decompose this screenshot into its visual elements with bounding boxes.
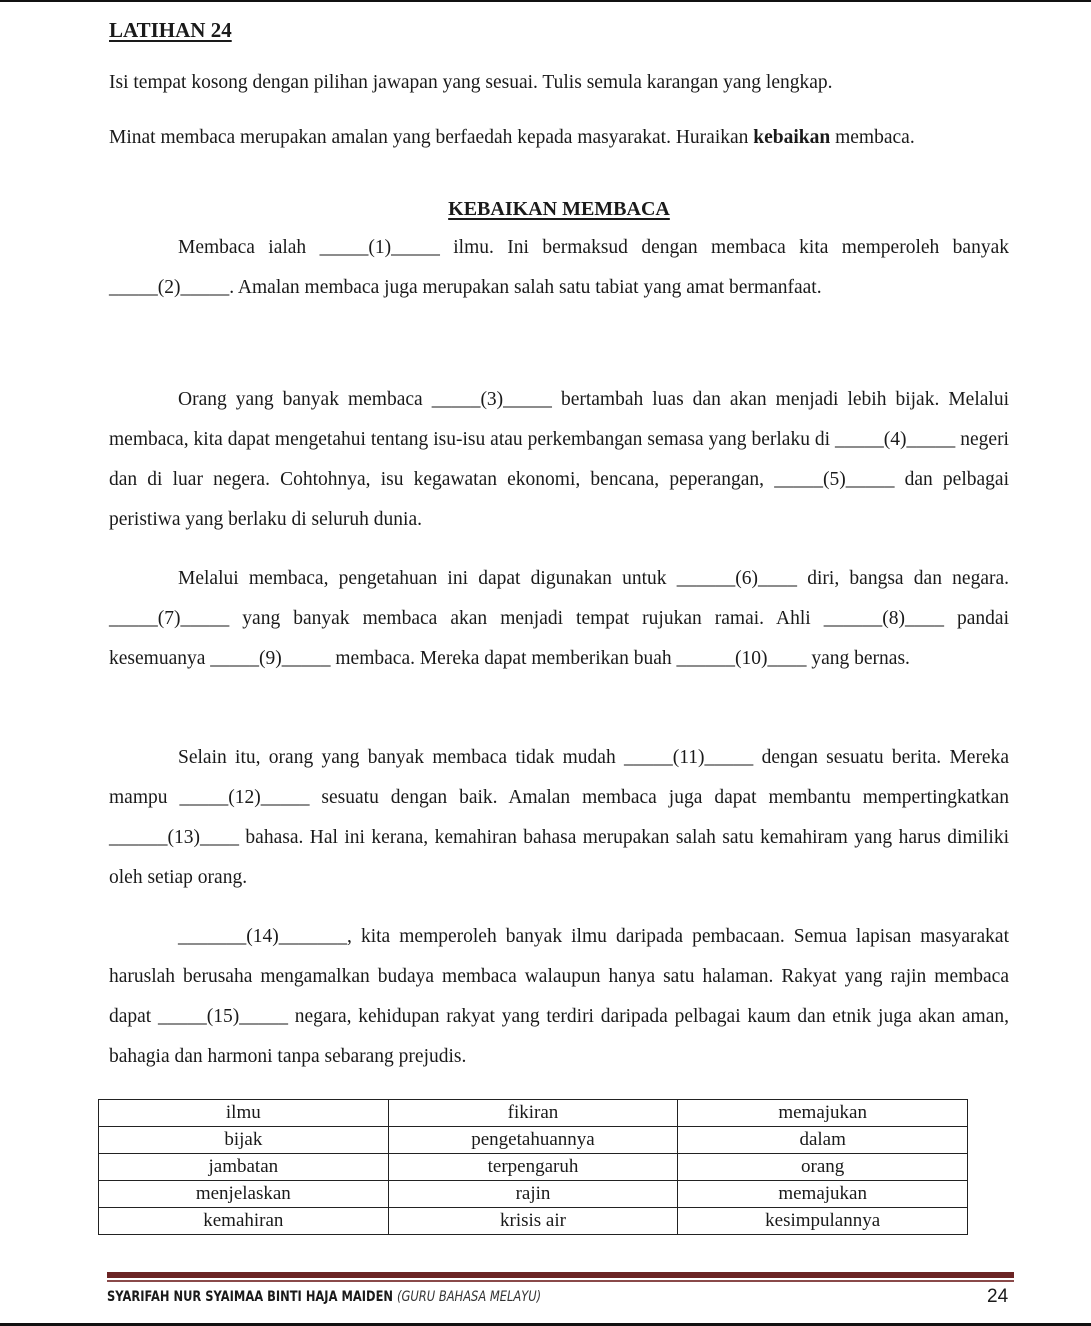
essay-prompt: Minat membaca merupakan amalan yang berf… <box>109 118 1009 157</box>
exercise-title: LATIHAN 24 <box>109 18 232 43</box>
answer-blank: _____(5)_____ <box>774 469 894 490</box>
word-bank-option: memajukan <box>678 1181 968 1208</box>
word-bank-option: ilmu <box>99 1100 389 1127</box>
prompt-bold-keyword: kebaikan <box>753 127 830 148</box>
author-role: (GURU BAHASA MELAYU) <box>397 1289 541 1305</box>
word-bank-option: pengetahuannya <box>388 1127 678 1154</box>
word-bank-row: jambatanterpengaruhorang <box>99 1154 968 1181</box>
answer-blank: ______(6)____ <box>677 568 797 589</box>
word-bank-option: jambatan <box>99 1154 389 1181</box>
essay-paragraph-5: _______(14)_______, kita memperoleh bany… <box>109 917 1009 1077</box>
essay-paragraph-3: Melalui membaca, pengetahuan ini dapat d… <box>109 559 1009 679</box>
word-bank-row: menjelaskanrajinmemajukan <box>99 1181 968 1208</box>
word-bank-option: rajin <box>388 1181 678 1208</box>
answer-blank: ______(13)____ <box>109 827 239 848</box>
word-bank-option: kemahiran <box>99 1208 389 1235</box>
essay-paragraph-2: Orang yang banyak membaca _____(3)_____ … <box>109 380 1009 540</box>
answer-blank: _____(9)_____ <box>210 648 330 669</box>
answer-blank: _____(2)_____ <box>109 277 229 298</box>
answer-blank: _____(4)_____ <box>835 429 955 450</box>
word-bank-row: kemahirankrisis airkesimpulannya <box>99 1208 968 1235</box>
word-bank-option: orang <box>678 1154 968 1181</box>
author-name: SYARIFAH NUR SYAIMAA BINTI HAJA MAIDEN <box>107 1289 393 1305</box>
answer-blank: _____(15)_____ <box>158 1006 288 1027</box>
essay-title: KEBAIKAN MEMBACA <box>109 198 1009 221</box>
answer-blank: _____(12)_____ <box>179 787 309 808</box>
instruction-text: Isi tempat kosong dengan pilihan jawapan… <box>109 69 1009 97</box>
answer-blank: ______(8)____ <box>824 608 944 629</box>
answer-blank: _____(11)_____ <box>624 747 753 768</box>
word-bank-option: bijak <box>99 1127 389 1154</box>
page-number: 24 <box>987 1286 1008 1308</box>
word-bank-option: kesimpulannya <box>678 1208 968 1235</box>
word-bank-option: fikiran <box>388 1100 678 1127</box>
word-bank-option: terpengaruh <box>388 1154 678 1181</box>
top-border <box>0 0 1091 2</box>
prompt-text-end: membaca. <box>830 127 914 148</box>
footer-divider-thin <box>107 1280 1014 1282</box>
footer-author: SYARIFAH NUR SYAIMAA BINTI HAJA MAIDEN (… <box>107 1289 541 1305</box>
essay-paragraph-4: Selain itu, orang yang banyak membaca ti… <box>109 738 1009 898</box>
word-bank-row: bijakpengetahuannyadalam <box>99 1127 968 1154</box>
answer-blank: _______(14)_______ <box>178 926 347 947</box>
word-bank-option: krisis air <box>388 1208 678 1235</box>
word-bank-option: memajukan <box>678 1100 968 1127</box>
answer-blank: _____(7)_____ <box>109 608 229 629</box>
answer-blank: ______(10)____ <box>677 648 807 669</box>
footer-divider <box>107 1272 1014 1278</box>
word-bank-table: ilmufikiranmemajukanbijakpengetahuannyad… <box>98 1099 968 1235</box>
essay-paragraph-1: Membaca ialah _____(1)_____ ilmu. Ini be… <box>109 228 1009 308</box>
answer-blank: _____(3)_____ <box>432 389 552 410</box>
word-bank-option: menjelaskan <box>99 1181 389 1208</box>
word-bank-option: dalam <box>678 1127 968 1154</box>
word-bank-row: ilmufikiranmemajukan <box>99 1100 968 1127</box>
answer-blank: _____(1)_____ <box>320 237 440 258</box>
prompt-text: Minat membaca merupakan amalan yang berf… <box>109 127 753 148</box>
